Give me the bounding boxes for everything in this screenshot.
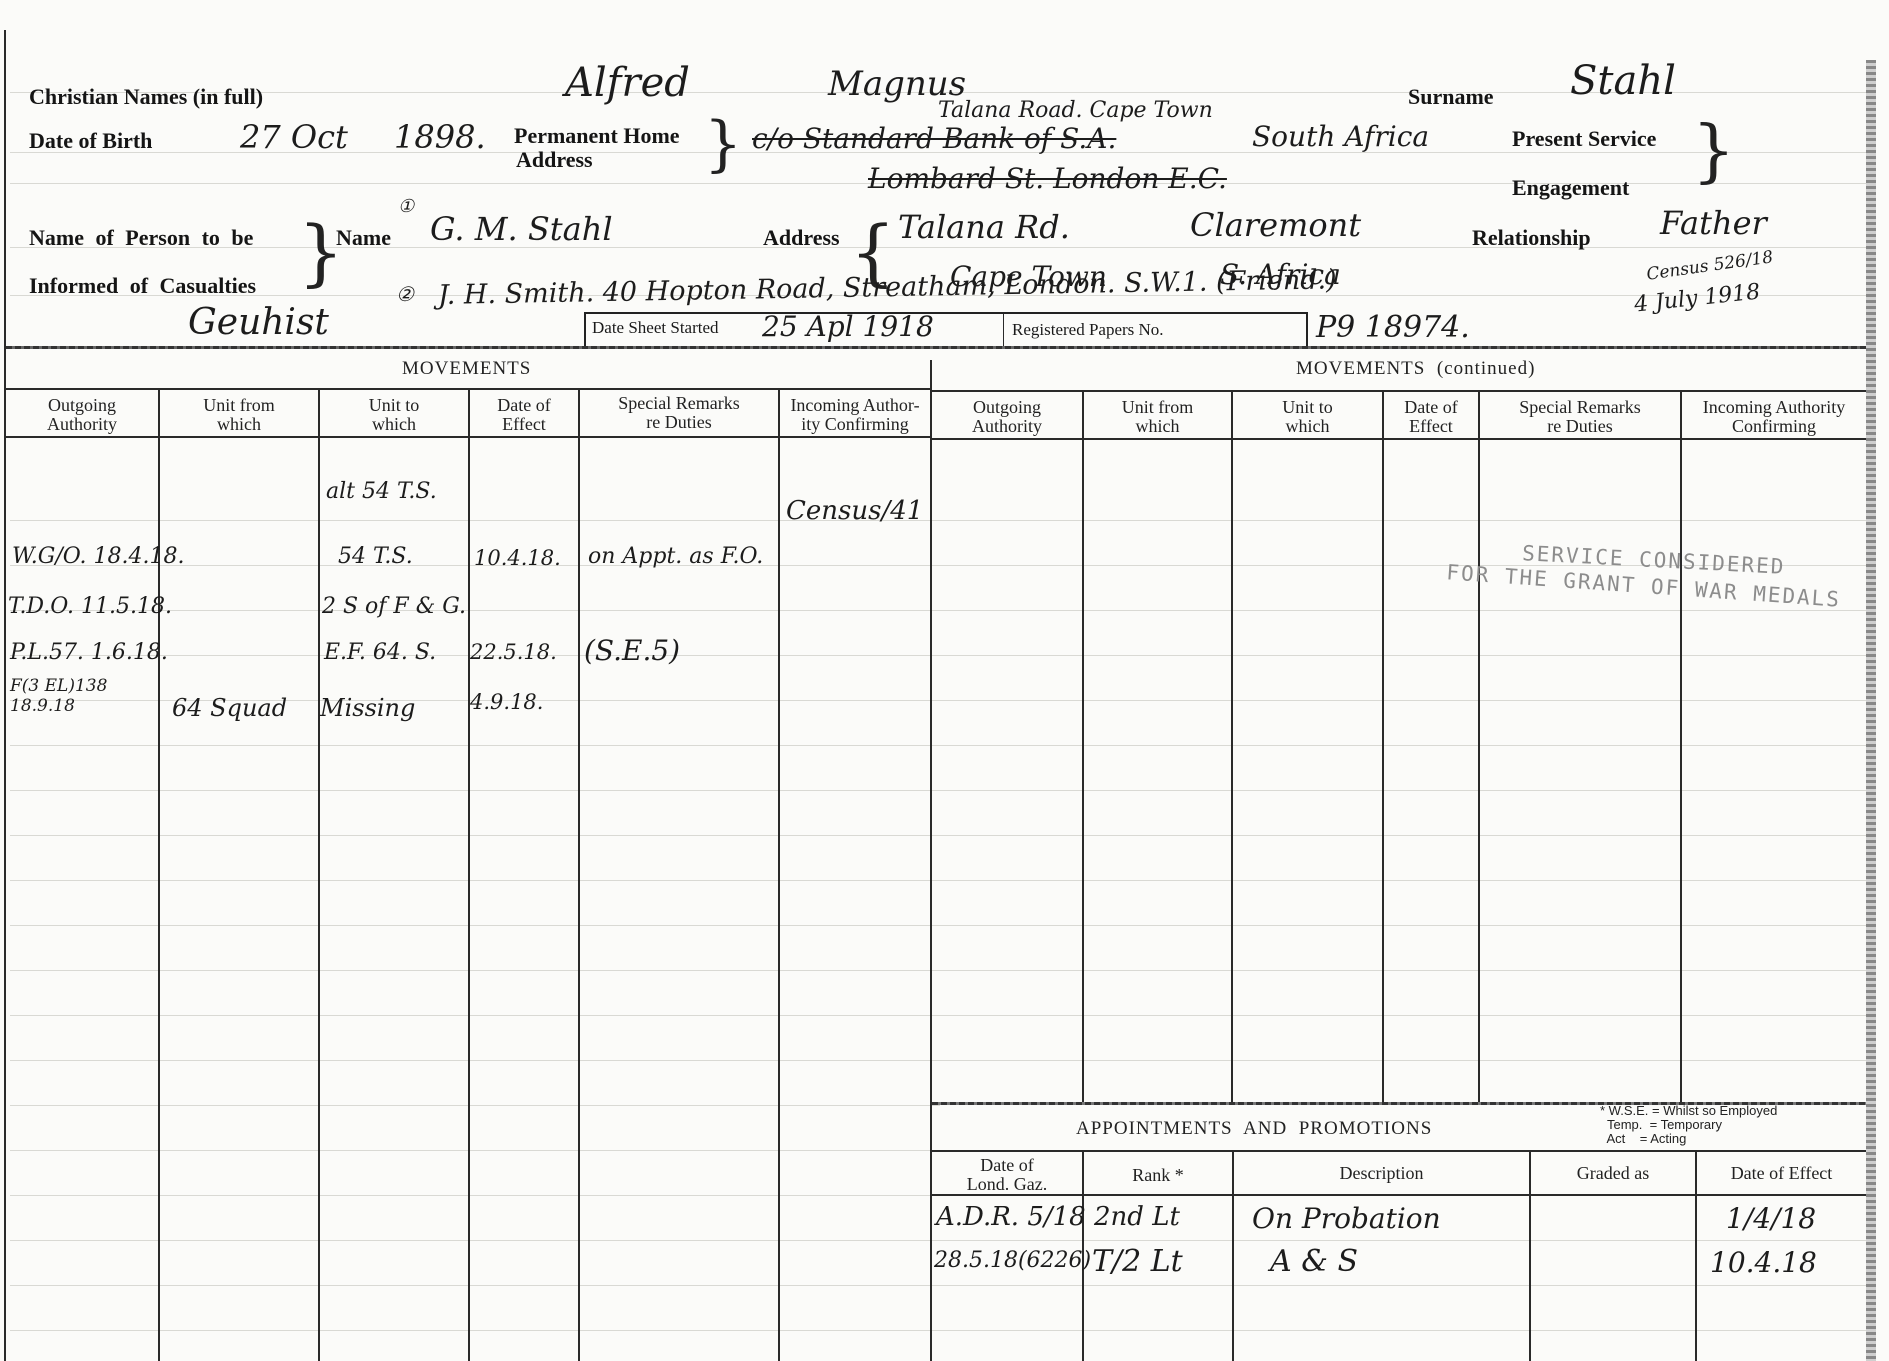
- col-outgoing-authority-continued: OutgoingAuthority: [932, 398, 1082, 436]
- movement-1-outgoing: W.G/O. 18.4.18.: [12, 544, 184, 569]
- movement-4-unit-to: Missing: [320, 694, 415, 722]
- col-divider: [578, 388, 580, 1361]
- col-graded-as: Graded as: [1531, 1164, 1695, 1183]
- movement-3-unit-to: E.F. 64. S.: [324, 640, 436, 665]
- col-label: Special Remarks: [1480, 398, 1680, 417]
- movements-title: MOVEMENTS: [402, 358, 531, 380]
- engagement-label: Engagement: [1512, 175, 1629, 201]
- col-label: Incoming Authority: [1682, 398, 1866, 417]
- col-label: which: [1084, 417, 1231, 436]
- movement-0-incoming: Census/41: [786, 496, 923, 526]
- next-of-kin-label-line-1: Name of Person to be: [29, 225, 253, 251]
- movements-continued-title: MOVEMENTS (continued): [1296, 358, 1535, 380]
- col-divider: [1382, 390, 1384, 1102]
- appointment-1-description: A & S: [1270, 1244, 1358, 1279]
- col-label: Description: [1234, 1164, 1529, 1183]
- col-label: Special Remarks: [580, 394, 778, 413]
- appointment-1-effect: 10.4.18: [1710, 1246, 1817, 1279]
- appointment-0-description: On Probation: [1252, 1202, 1441, 1235]
- home-address-label: Permanent Home Address: [514, 124, 680, 172]
- col-label: ity Confirming: [780, 415, 930, 434]
- appointment-0-gazette: A.D.R. 5/18: [936, 1202, 1086, 1232]
- movements-continued-header-bottom-rule: [932, 438, 1866, 440]
- col-divider: [778, 388, 780, 1361]
- next-of-kin-name: G. M. Stahl: [430, 210, 613, 248]
- home-address-line-1-kept: South Africa: [1252, 120, 1429, 153]
- col-label: which: [160, 415, 318, 434]
- next-of-kin-label-line-2: Informed of Casualties: [29, 273, 256, 299]
- date-of-birth-year: 1898.: [394, 118, 486, 156]
- col-divider: [158, 388, 160, 1361]
- registered-papers-label: Registered Papers No.: [1012, 320, 1164, 340]
- col-label: which: [320, 415, 468, 434]
- movement-1-unit-to: 54 T.S.: [338, 544, 413, 569]
- relationship-label: Relationship: [1472, 225, 1591, 251]
- movement-1-remarks: on Appt. as F.O.: [588, 544, 763, 569]
- col-label: Confirming: [1682, 417, 1866, 436]
- appointments-header-top-rule: [932, 1150, 1866, 1152]
- name-label: Name: [336, 225, 391, 251]
- col-label: Date of Effect: [1697, 1164, 1866, 1183]
- christian-names-label: Christian Names (in full): [29, 84, 263, 110]
- relationship-value: Father: [1660, 204, 1767, 242]
- left-page-border: [4, 30, 6, 1361]
- christian-names-value: Alfred: [565, 60, 690, 106]
- col-unit-to: Unit towhich: [320, 396, 468, 434]
- appointments-title: APPOINTMENTS AND PROMOTIONS: [1076, 1118, 1432, 1140]
- movement-1-date: 10.4.18.: [474, 546, 561, 570]
- movement-2-outgoing: T.D.O. 11.5.18.: [8, 594, 172, 619]
- col-incoming-authority: Incoming Author-ity Confirming: [780, 396, 930, 434]
- col-divider: [1478, 390, 1480, 1102]
- col-outgoing-authority: OutgoingAuthority: [6, 396, 158, 434]
- movement-3-date: 22.5.18.: [470, 640, 557, 664]
- appointments-legend: * W.S.E. = Whilst so Employed Temp. = Te…: [1600, 1104, 1777, 1146]
- appointment-1-gazette: 28.5.18(6226): [934, 1248, 1091, 1273]
- next-of-kin-address-1: Talana Rd.: [898, 208, 1070, 246]
- date-sheet-started-label: Date Sheet Started: [592, 318, 719, 338]
- col-label: Date of: [470, 396, 578, 415]
- date-sheet-divider: [1003, 314, 1004, 346]
- appointments-header-bottom-rule: [932, 1194, 1866, 1196]
- col-date-of-effect-appt: Date of Effect: [1697, 1164, 1866, 1183]
- movement-3-remarks: (S.E.5): [584, 634, 680, 667]
- col-description: Description: [1234, 1164, 1529, 1183]
- col-divider: [318, 388, 320, 1361]
- appointment-0-effect: 1/4/18: [1726, 1202, 1816, 1235]
- home-address-line-2-struck: Lombard St. London E.C.: [868, 162, 1227, 195]
- movement-4-date: 4.9.18.: [470, 690, 543, 714]
- movement-0-unit-to: alt 54 T.S.: [326, 478, 466, 506]
- movement-4-outgoing: F(3 EL)138 18.9.18: [10, 676, 150, 716]
- col-label: Effect: [470, 415, 578, 434]
- col-label: Outgoing: [6, 396, 158, 415]
- col-divider: [1082, 390, 1084, 1102]
- movement-4-unit-from: 64 Squad: [172, 694, 287, 722]
- registered-papers-value: P9 18974.: [1316, 310, 1470, 345]
- col-label: which: [1233, 417, 1382, 436]
- surname-value: Stahl: [1570, 58, 1676, 104]
- header-separator: [6, 346, 1866, 349]
- movements-continued-header-top-rule: [932, 390, 1866, 392]
- margin-note: Geuhist: [188, 302, 329, 343]
- right-page-edge: [1866, 60, 1876, 1361]
- movement-3-outgoing: P.L.57. 1.6.18.: [10, 640, 168, 665]
- col-unit-to-continued: Unit towhich: [1233, 398, 1382, 436]
- present-service-label: Present Service: [1512, 126, 1656, 152]
- col-special-remarks-continued: Special Remarksre Duties: [1480, 398, 1680, 436]
- col-label: Outgoing: [932, 398, 1082, 417]
- address-label: Address: [763, 225, 840, 251]
- col-label: re Duties: [580, 413, 778, 432]
- col-date-lond-gaz: Date ofLond. Gaz.: [932, 1156, 1082, 1194]
- col-label: Graded as: [1531, 1164, 1695, 1183]
- movement-2-unit-to: 2 S of F & G.: [322, 594, 466, 619]
- col-rank: Rank *: [1084, 1166, 1232, 1185]
- col-date-of-effect-continued: Date ofEffect: [1384, 398, 1478, 436]
- col-label: Unit to: [320, 396, 468, 415]
- col-label: Date of: [1384, 398, 1478, 417]
- col-incoming-authority-continued: Incoming AuthorityConfirming: [1682, 398, 1866, 436]
- col-special-remarks: Special Remarksre Duties: [580, 394, 778, 432]
- next-of-kin-address-2: Claremont: [1190, 206, 1361, 244]
- census-date: 4 July 1918: [1633, 279, 1761, 317]
- date-of-birth-day-month: 27 Oct: [240, 118, 348, 156]
- home-address-label-line-2: Address: [516, 148, 680, 172]
- next-of-kin-marker-1: ①: [398, 196, 414, 217]
- date-of-birth-label: Date of Birth: [29, 128, 152, 154]
- second-contact: J. H. Smith. 40 Hopton Road, Streatham, …: [438, 264, 1337, 311]
- col-unit-from-continued: Unit fromwhich: [1084, 398, 1231, 436]
- col-label: Authority: [6, 415, 158, 434]
- col-unit-from: Unit fromwhich: [160, 396, 318, 434]
- col-divider: [1680, 390, 1682, 1102]
- col-divider: [930, 360, 932, 1361]
- col-label: Rank *: [1084, 1166, 1232, 1185]
- next-of-kin-marker-2: ②: [396, 282, 414, 306]
- col-label: Unit from: [160, 396, 318, 415]
- col-label: Lond. Gaz.: [932, 1175, 1082, 1194]
- col-divider: [468, 388, 470, 1361]
- col-divider: [1231, 390, 1233, 1102]
- surname-label: Surname: [1408, 84, 1494, 110]
- date-sheet-started-value: 25 Apl 1918: [762, 310, 934, 343]
- appointment-0-rank: 2nd Lt: [1094, 1202, 1180, 1232]
- col-label: Unit from: [1084, 398, 1231, 417]
- home-address-brace: }: [704, 114, 742, 174]
- col-label: Date of: [932, 1156, 1082, 1175]
- col-label: Incoming Author-: [780, 396, 930, 415]
- col-label: re Duties: [1480, 417, 1680, 436]
- col-date-of-effect: Date ofEffect: [470, 396, 578, 434]
- appointment-1-rank: T/2 Lt: [1092, 1244, 1183, 1279]
- col-label: Authority: [932, 417, 1082, 436]
- home-address-label-line-1: Permanent Home: [514, 124, 680, 148]
- col-label: Effect: [1384, 417, 1478, 436]
- present-service-brace: }: [1692, 118, 1735, 186]
- home-address-insert: Talana Road. Cape Town: [938, 98, 1213, 123]
- col-label: Unit to: [1233, 398, 1382, 417]
- home-address-line-1-struck: c/o Standard Bank of S.A.: [752, 122, 1116, 155]
